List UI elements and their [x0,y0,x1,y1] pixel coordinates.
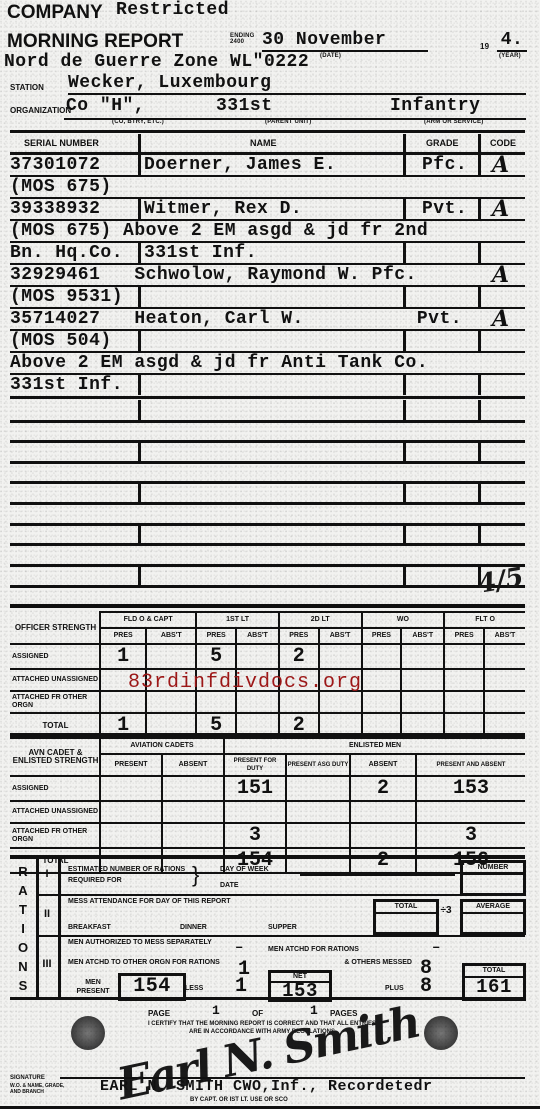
value-cell: 5 [196,644,236,669]
value-cell: 1 [100,644,146,669]
value-cell [444,669,484,691]
soldier-entry: 32929461 Schwolow, Raymond W. Pfc. [10,265,417,285]
col-grade: GRADE [426,138,459,148]
col-divider [403,331,406,351]
soldier-name: Doerner, James E. [144,155,336,175]
day-of-week-field[interactable] [300,874,455,876]
col-divider [403,524,406,544]
station-label: STATION [10,83,44,92]
code: A [492,265,509,285]
value-cell [401,644,444,669]
page-number: 1 [212,1003,220,1018]
men-present-value: 154 [121,976,183,998]
value-cell [319,644,362,669]
value-cell [444,691,484,713]
col-divider [478,331,481,351]
col-divider [138,482,141,502]
col-divider [138,400,141,420]
report-date: 30 November [262,30,428,52]
row-rule [10,523,525,526]
col-divider [478,482,481,502]
number-box: NUMBER [460,860,526,896]
org-regiment: 331st [216,96,273,116]
subcol-abst: ABS'T [319,628,362,644]
subcol-abst: ABS'T [484,628,525,644]
value-cell [319,691,362,713]
total-box: TOTAL [373,899,439,935]
col-header: PRESENT ASG DUTY [286,754,350,776]
day-of-week-label: DAY OF WEEK [220,866,269,873]
value-cell: 2 [279,644,319,669]
col-serial-number: SERIAL NUMBER [24,138,99,148]
average-box: AVERAGE [460,899,526,935]
org-arm: Infantry [390,96,480,116]
col-divider [403,482,406,502]
date-label: DATE [220,882,239,889]
value-cell [401,669,444,691]
row-label: ATTACHED FR OTHER ORGN [10,823,100,848]
col-divider [478,287,481,307]
row-rule [10,502,525,505]
section-divider [10,604,525,608]
serial-number: 37301072 [10,155,100,175]
col-divider [403,199,406,219]
morning-report-title: MORNING REPORT [7,31,183,53]
col-header: ABSENT [162,754,224,776]
col-divider [403,565,406,585]
punch-hole-icon [424,1016,458,1050]
section-numeral: II [38,908,56,920]
col-divider [138,155,141,175]
roster-row: (MOS 9531) [10,287,525,307]
page-label: PAGE [148,1009,170,1018]
section-ii-label: MESS ATTENDANCE FOR DAY OF THIS REPORT [68,898,231,905]
remark-line: Above 2 EM asgd & jd fr Anti Tank Co. [10,353,428,373]
group-header: 1ST LT [196,612,279,628]
divider [36,935,525,937]
side-letter: T [16,900,30,919]
roster-row: (MOS 504) [10,331,525,351]
remark-line: Bn. Hq.Co. [10,243,123,263]
total-label: TOTAL [376,902,436,914]
subcol-pres: PRES [444,628,484,644]
value-cell: 2 [350,776,416,801]
group-header: AVIATION CADETS [100,738,224,754]
side-letter: N [16,957,30,976]
roster-row: 331st Inf. [10,375,525,395]
brace-icon: } [192,862,199,888]
value-cell [100,801,162,823]
station-value: Wecker, Luxembourg [68,73,526,95]
number-label: NUMBER [463,863,523,875]
date-sublabel: (DATE) [320,53,341,59]
col-divider [478,400,481,420]
mos-line: (MOS 504) [10,331,112,351]
less-value: 1 [235,975,248,998]
col-divider [138,524,141,544]
enlisted-row-attached-other: ATTACHED FR OTHER ORGN 3 3 [10,823,525,848]
org-sublabel-arm: (ARM OR SERVICE) [424,119,483,125]
watermark: 83rdinfdivdocs.org [128,671,362,694]
roster-row: (MOS 675) Above 2 EM asgd & jd fr 2nd [10,221,525,241]
roster-row: 37301072 Doerner, James E. Pfc. A [10,155,525,175]
company-label: COMPANY [7,2,103,24]
col-divider [403,134,406,152]
value-cell [484,691,525,713]
plus-value: 8 [420,975,433,998]
serial-number: 39338932 [10,199,100,219]
meal-supper: SUPPER [268,924,297,931]
row-label: ASSIGNED [10,776,100,801]
value-cell [100,823,162,848]
side-letter: A [16,881,30,900]
row-rule [10,396,525,399]
subcol-abst: ABS'T [146,628,196,644]
col-divider [478,441,481,461]
value-cell [444,644,484,669]
col-header: PRESENT FOR DUTY [224,754,286,776]
code: A [492,155,509,175]
roster-row: (MOS 675) [10,177,525,197]
others-messed-label: & OTHERS MESSED [332,958,412,967]
value-cell: 3 [416,823,525,848]
value-cell [236,644,279,669]
value-cell [484,644,525,669]
signer-typed-name: EARL N. SMITH CWO,Inf., Recordetedr [100,1078,433,1095]
officer-strength-title: OFFICER STRENGTH [10,612,100,644]
value-cell [350,823,416,848]
row-rule [10,481,525,484]
value-cell [224,801,286,823]
subcol-pres: PRES [362,628,402,644]
section-divider [10,855,525,859]
value-cell [146,644,196,669]
officer-row-assigned: ASSIGNED 1 5 2 [10,644,525,669]
net-box: NET 153 [268,970,332,1002]
signer-sub: BY CAPT. OR IST LT. USE OR SCO [190,1097,288,1103]
value-cell [279,691,319,713]
soldier-entry: 35714027 Heaton, Carl W. Pvt. [10,309,462,329]
divider [36,894,525,896]
roster-row: 35714027 Heaton, Carl W. Pvt. A [10,309,525,329]
value-cell [236,691,279,713]
group-header: 2D LT [279,612,362,628]
col-divider [478,134,481,152]
value-cell: 2 [350,848,416,873]
organization-field: Co "H", 331st Infantry [64,96,526,120]
men-present-label: MEN PRESENT [68,978,118,996]
col-divider [138,134,141,152]
divider [58,859,61,998]
col-header: ABSENT [350,754,416,776]
value-cell: 153 [416,776,525,801]
grade: Pfc. [422,155,467,175]
roster-header: SERIAL NUMBER NAME GRADE CODE [10,134,525,152]
of-label: OF [252,1009,263,1018]
col-name: NAME [250,138,277,148]
location-line: Nord de Guerre Zone WL"0222 [4,52,309,72]
less-label: LESS [185,985,203,992]
officer-row-attached-other: ATTACHED FR OTHER ORGN [10,691,525,713]
roster-row: 39338932 Witmer, Rex D. Pvt. A [10,199,525,219]
code: A [492,199,509,219]
org-sublabel-parent: (PARENT UNIT) [265,119,311,125]
side-letter: S [16,976,30,995]
group-header: FLT O [444,612,525,628]
side-letter: O [16,938,30,957]
col-divider [138,375,141,395]
value-cell [162,801,224,823]
value-cell: 3 [224,823,286,848]
col-divider [403,375,406,395]
atchd-for-rations-value: – [432,940,441,956]
remark-line: (MOS 675) Above 2 EM asgd & jd fr 2nd [10,221,428,241]
roster-row: Above 2 EM asgd & jd fr Anti Tank Co. [10,353,525,373]
atchd-for-rations-label: MEN ATCHD FOR RATIONS [268,946,359,953]
col-divider [138,287,141,307]
org-sublabel-unit: (CO, BTRY, ETC.) [112,119,164,125]
side-letter: I [16,919,30,938]
col-header: PRESENT AND ABSENT [416,754,525,776]
group-header: WO [362,612,445,628]
col-divider [478,199,481,219]
col-divider [478,375,481,395]
remark-line: 331st Inf. [144,243,257,263]
col-divider [403,243,406,263]
classification-stamp: Restricted [116,0,229,20]
signer-sublabel: W.O. & NAME, GRADE, AND BRANCH [10,1083,70,1095]
value-cell [286,823,350,848]
value-cell [146,691,196,713]
row-rule [10,461,525,464]
section-numeral: III [38,958,56,970]
value-cell [362,644,402,669]
col-divider [138,331,141,351]
row-label: ATTACHED UNASSIGNED [10,669,100,691]
col-code: CODE [490,138,516,148]
value-cell [196,691,236,713]
punch-hole-icon [71,1016,105,1050]
remark-line: (MOS 675) [10,177,112,197]
value-cell [416,801,525,823]
value-cell [401,691,444,713]
plus-label: PLUS [385,985,404,992]
value-cell [362,669,402,691]
subcol-abst: ABS'T [401,628,444,644]
col-divider [403,287,406,307]
row-rule [10,585,525,588]
value-cell [162,823,224,848]
col-divider [138,441,141,461]
code: A [492,309,509,329]
net-value: 153 [271,983,329,999]
handwritten-mark: 4/5 [476,562,526,599]
col-header: PRESENT [100,754,162,776]
col-divider [478,524,481,544]
mess-separately-value: – [235,940,244,956]
meal-breakfast: BREAKFAST [68,924,111,931]
col-divider [138,243,141,263]
soldier-name: Witmer, Rex D. [144,199,302,219]
section-numeral: I [38,868,56,880]
value-cell: 151 [224,776,286,801]
atchd-other-label: MEN ATCHD TO OTHER ORGN FOR RATIONS [68,958,258,967]
year-label: 19 [480,42,489,51]
enlisted-strength-title: AVN CADET & ENLISTED STRENGTH [10,738,100,776]
row-rule [10,543,525,546]
page-total: 1 [310,1003,318,1018]
subcol-pres: PRES [279,628,319,644]
value-cell [162,776,224,801]
row-label: ATTACHED UNASSIGNED [10,801,100,823]
col-divider [138,199,141,219]
value-cell [286,801,350,823]
year-sublabel: (YEAR) [499,53,521,59]
subcol-abst: ABS'T [236,628,279,644]
value-cell [100,776,162,801]
report-year: 4. [497,30,527,52]
col-divider [478,155,481,175]
enlisted-row-attached-unassigned: ATTACHED UNASSIGNED [10,801,525,823]
row-rule [10,440,525,443]
rations-total-value: 161 [465,978,523,997]
remark-line: 331st Inf. [10,375,123,395]
enlisted-row-assigned: ASSIGNED 151 2 153 [10,776,525,801]
meal-dinner: DINNER [180,924,207,931]
group-header: FLD O & CAPT [100,612,196,628]
value-cell [100,691,146,713]
col-divider [138,565,141,585]
value-cell [286,848,350,873]
divider [10,130,525,133]
value-cell [362,691,402,713]
col-divider [403,155,406,175]
row-label: ATTACHED FR OTHER ORGN [10,691,100,713]
mos-line: (MOS 9531) [10,287,123,307]
enlisted-strength-table: AVN CADET & ENLISTED STRENGTH AVIATION C… [10,737,525,874]
divide-by-three: ÷3 [440,905,452,916]
date-prefix-label: ENDING2400 [230,33,256,45]
row-rule [10,564,525,567]
value-cell [484,669,525,691]
subcol-pres: PRES [100,628,146,644]
average-label: AVERAGE [463,902,523,914]
men-present-box: 154 [118,973,186,1001]
organization-label: ORGANIZATION [10,106,71,115]
group-header: ENLISTED MEN [224,738,525,754]
value-cell [350,801,416,823]
section-i-label: ESTIMATED NUMBER OF RATIONS REQUIRED FOR [68,864,190,886]
side-letter: R [16,862,30,881]
grade: Pvt. [422,199,467,219]
org-unit: Co "H", [66,96,145,116]
subcol-pres: PRES [196,628,236,644]
col-divider [478,243,481,263]
rations-side-label: R A T I O N S [16,862,30,995]
mess-separately-label: MEN AUTHORIZED TO MESS SEPARATELY [68,938,258,947]
rations-total-box: TOTAL 161 [462,963,526,1001]
roster-row: 32929461 Schwolow, Raymond W. Pfc. A [10,265,525,285]
value-cell [286,776,350,801]
col-divider [403,400,406,420]
row-rule [10,420,525,423]
col-divider [403,441,406,461]
row-label: ASSIGNED [10,644,100,669]
roster-row: Bn. Hq.Co. 331st Inf. [10,243,525,263]
